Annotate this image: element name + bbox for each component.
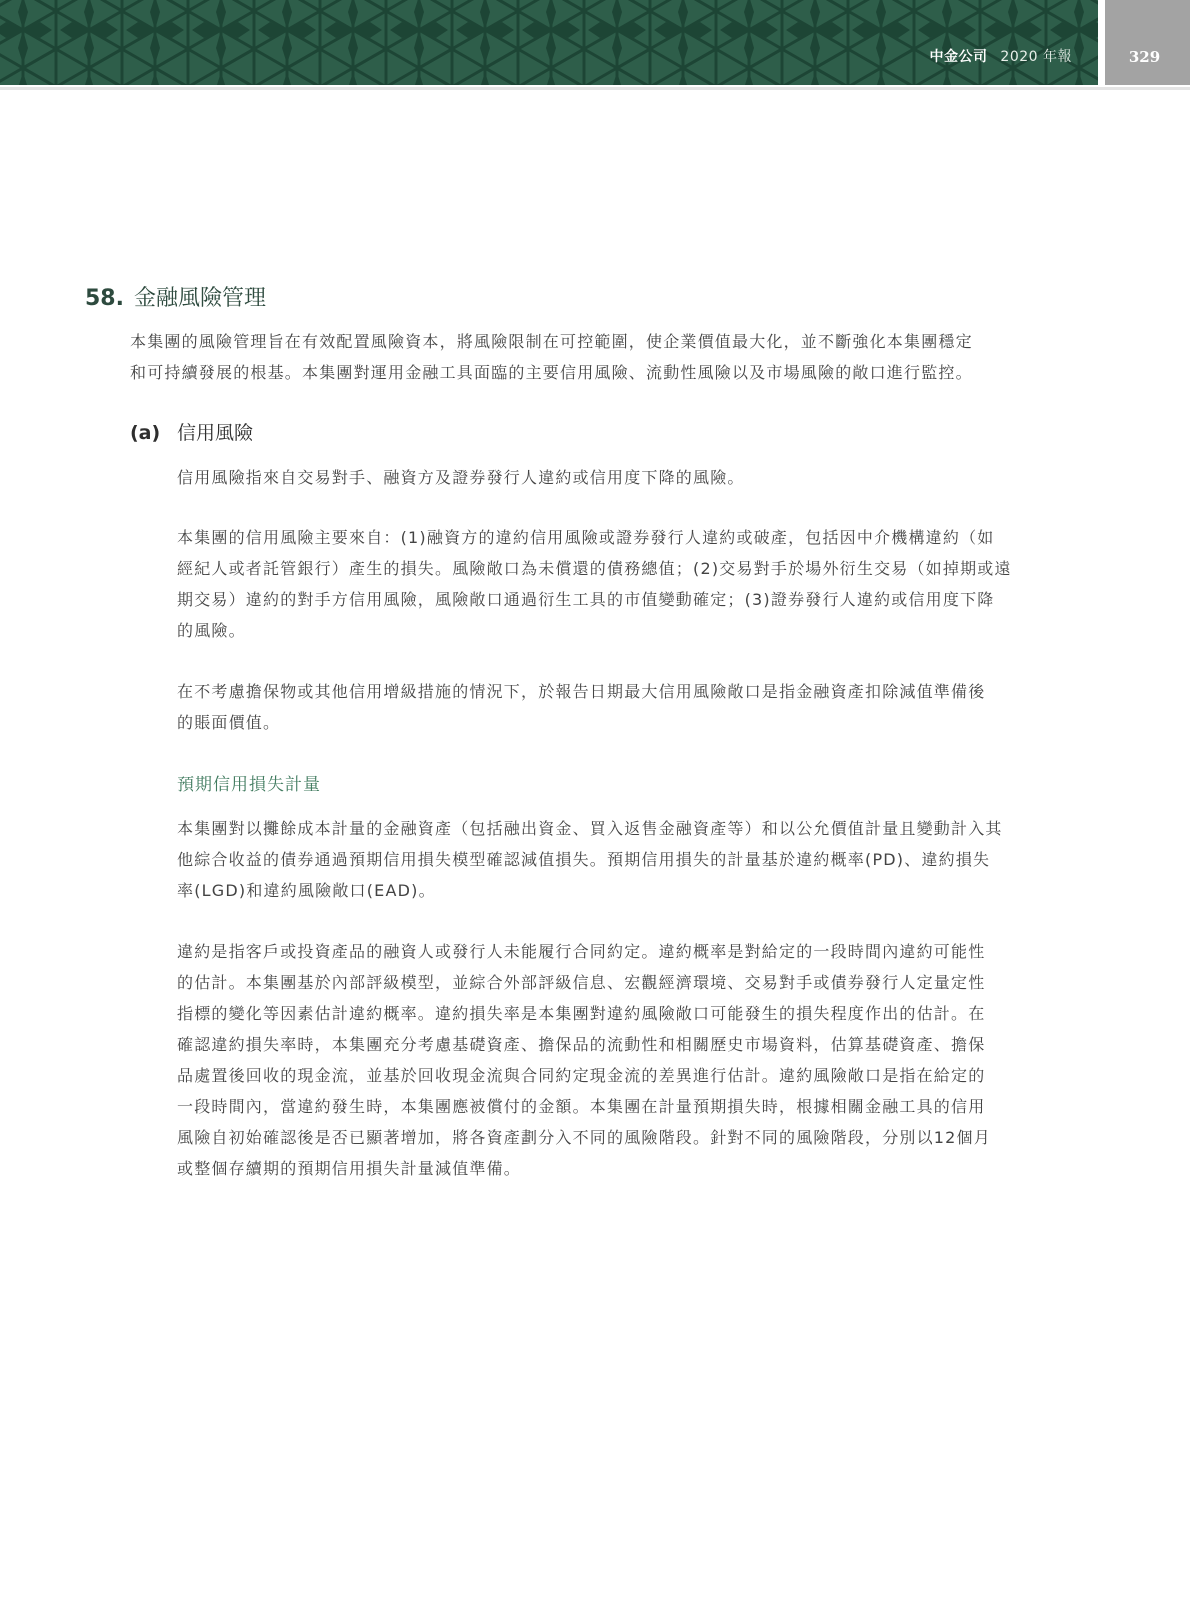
text-line: 在不考慮擔保物或其他信用增級措施的情況下，於報告日期最大信用風險敞口是指金融資產… [177,676,985,707]
page-number-box: 329 [1105,0,1190,85]
subsection-label: (a) [130,422,177,444]
text-line: 本集團的風險管理旨在有效配置風險資本，將風險限制在可控範圍，使企業價值最大化，並… [130,326,973,357]
text-line: 違約是指客戶或投資產品的融資人或發行人未能履行合同約定。違約概率是對給定的一段時… [177,936,991,967]
subsection-title: 信用風險 [177,422,253,444]
max-exposure-paragraph: 在不考慮擔保物或其他信用增級措施的情況下，於報告日期最大信用風險敞口是指金融資產… [177,676,985,738]
text-line: 本集團的信用風險主要來自：(1)融資方的違約信用風險或證券發行人違約或破產，包括… [177,522,1012,553]
text-line: 經紀人或者託管銀行）產生的損失。風險敞口為未償還的債務總值；(2)交易對手於場外… [177,553,1012,584]
page-number: 329 [1105,48,1190,66]
text-line: 的估計。本集團基於內部評級模型，並綜合外部評級信息、宏觀經濟環境、交易對手或債券… [177,967,991,998]
text-line: 品處置後回收的現金流，並基於回收現金流與合同約定現金流的差異進行估計。違約風險敞… [177,1060,991,1091]
text-line: 確認違約損失率時，本集團充分考慮基礎資產、擔保品的流動性和相關歷史市場資料，估算… [177,1029,991,1060]
text-line: 期交易）違約的對手方信用風險，風險敞口通過衍生工具的市值變動確定；(3)證券發行… [177,584,1012,615]
text-line: 一段時間內，當違約發生時，本集團應被償付的金額。本集團在計量預期損失時，根據相關… [177,1091,991,1122]
text-line: 本集團對以攤餘成本計量的金融資產（包括融出資金、買入返售金融資產等）和以公允價值… [177,813,1003,844]
text-line: 風險自初始確認後是否已顯著增加，將各資產劃分入不同的風險階段。針對不同的風險階段… [177,1122,991,1153]
section-heading: 58.金融風險管理 [85,281,266,312]
subsection-heading: (a)信用風險 [130,418,253,445]
text-line: 指標的變化等因素估計違約概率。違約損失率是本集團對違約風險敞口可能發生的損失程度… [177,998,991,1029]
text-line: 和可持續發展的根基。本集團對運用金融工具面臨的主要信用風險、流動性風險以及市場風… [130,357,973,388]
text-line: 的賬面價值。 [177,707,985,738]
company-name: 中金公司 [929,49,987,65]
section-intro-paragraph: 本集團的風險管理旨在有效配置風險資本，將風險限制在可控範圍，使企業價值最大化，並… [130,326,973,388]
text-line: 率(LGD)和違約風險敞口(EAD)。 [177,875,1003,906]
ecl-model-paragraph: 本集團對以攤餘成本計量的金融資產（包括融出資金、買入返售金融資產等）和以公允價值… [177,813,1003,906]
ecl-heading: 預期信用損失計量 [177,770,321,795]
text-line: 或整個存續期的預期信用損失計量減值準備。 [177,1153,991,1184]
text-line: 他綜合收益的債券通過預期信用損失模型確認減值損失。預期信用損失的計量基於違約概率… [177,844,1003,875]
text-line: 的風險。 [177,615,1012,646]
asanoha-pattern-icon [0,0,1098,85]
report-year: 2020 年報 [1000,49,1072,65]
credit-risk-sources-paragraph: 本集團的信用風險主要來自：(1)融資方的違約信用風險或證券發行人違約或破產，包括… [177,522,1012,646]
section-title: 金融風險管理 [134,286,266,311]
default-definition-paragraph: 違約是指客戶或投資產品的融資人或發行人未能履行合同約定。違約概率是對給定的一段時… [177,936,991,1184]
header-banner: 中金公司 2020 年報 [0,0,1098,85]
header-divider [0,87,1190,90]
report-title: 中金公司 2020 年報 [929,46,1072,66]
credit-risk-definition-paragraph: 信用風險指來自交易對手、融資方及證券發行人違約或信用度下降的風險。 [177,462,745,493]
text-line: 信用風險指來自交易對手、融資方及證券發行人違約或信用度下降的風險。 [177,462,745,493]
section-number: 58. [85,286,124,311]
